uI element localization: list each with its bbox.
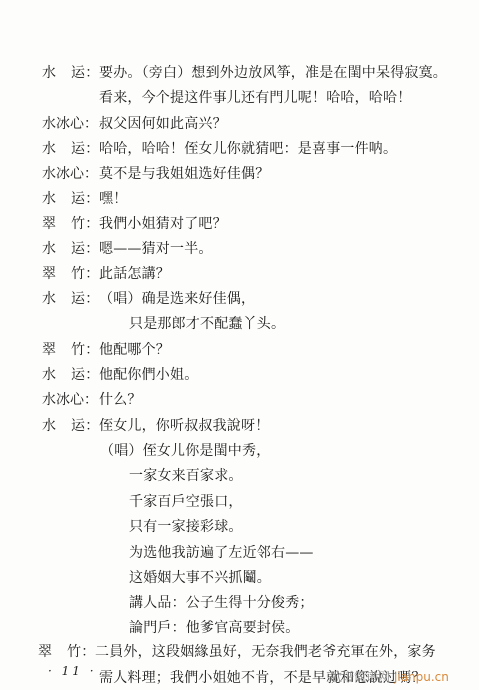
dialogue-text: 我們小姐猜对了吧？ (99, 215, 227, 233)
dialogue-text: 什么？ (99, 391, 142, 409)
dialogue-text: 莫不是与我姐姐选好佳偶？ (99, 165, 269, 183)
dialogue-text: 哈哈，哈哈！侄女儿你就猜吧：是喜事一件呐。 (99, 140, 397, 158)
dialogue-text: 看来，今个提这件事儿还有門儿呢！哈哈，哈哈！ (99, 89, 411, 107)
watermark-en: jianpu.cn (394, 670, 449, 684)
dialogue-text: 叔父因何如此高兴？ (99, 115, 227, 133)
speaker-name: 水冰心： (42, 115, 99, 133)
speaker-char-1: 翠 (42, 215, 56, 233)
speaker-char-1: 水 (42, 240, 56, 258)
speaker-char-2: 运： (71, 417, 99, 435)
speaker-char-1: 翠 (42, 265, 56, 283)
dialogue-text: 侄女儿，你听叔叔我說呀！ (99, 417, 269, 435)
dialogue-text: 千家百戶空張口， (129, 493, 243, 511)
dialogue-text: 为选他我訪遍了左近邻右—— (129, 544, 314, 562)
dialogue-text: （唱）侄女儿你是閨中秀， (100, 442, 270, 460)
dialogue-text: 他配哪个？ (99, 341, 170, 359)
speaker-char-1: 水 (42, 190, 56, 208)
page-number: · 11 · (48, 664, 97, 678)
dialogue-text: 嗯——猜对一半。 (99, 240, 213, 258)
dialogue-text: 二員外，这段姻緣虽好，无奈我們老爷充軍在外，家务 (95, 643, 436, 661)
dialogue-text: 他配你們小姐。 (99, 366, 198, 384)
speaker-char-1: 水 (42, 140, 56, 158)
speaker-char-2: 竹： (67, 643, 95, 661)
speaker-char-2: 运： (71, 366, 99, 384)
speaker-char-1: 翠 (42, 341, 56, 359)
speaker-char-1: 翠 (38, 643, 52, 661)
watermark: 歌谱简谱网jianpu.cn (330, 668, 449, 685)
speaker-char-2: 竹： (71, 265, 99, 283)
speaker-char-2: 运： (71, 190, 99, 208)
dialogue-text: 要办。（旁白）想到外边放风筝，准是在閨中呆得寂寞。 (99, 64, 447, 82)
dialogue-text: 講人品：公子生得十分俊秀； (129, 594, 314, 612)
speaker-char-2: 运： (71, 140, 99, 158)
speaker-char-1: 水 (42, 290, 56, 308)
speaker-name: 水冰心： (42, 165, 99, 183)
speaker-char-2: 竹： (71, 341, 99, 359)
dialogue-text: 論門戶：他爹官高要封侯。 (129, 619, 299, 637)
dialogue-text: 嘿！ (99, 190, 127, 208)
speaker-char-2: 竹： (71, 215, 99, 233)
dialogue-text: 这婚姻大事不兴抓鬮。 (129, 569, 271, 587)
dialogue-text: （唱）确是选来好佳偶， (99, 290, 255, 308)
speaker-char-1: 水 (42, 64, 56, 82)
speaker-char-2: 运： (71, 290, 99, 308)
dialogue-text: 只有一家接彩球。 (129, 518, 243, 536)
speaker-char-1: 水 (42, 366, 56, 384)
dialogue-text: 一家女来百家求。 (129, 467, 243, 485)
watermark-cn: 歌谱简谱网 (330, 670, 390, 684)
speaker-name: 水冰心： (42, 391, 99, 409)
speaker-char-2: 运： (71, 240, 99, 258)
speaker-char-2: 运： (71, 64, 99, 82)
dialogue-text: 只是那郎才不配蠢丫头。 (129, 315, 285, 333)
dialogue-text: 此話怎講？ (99, 265, 170, 283)
speaker-char-1: 水 (42, 417, 56, 435)
